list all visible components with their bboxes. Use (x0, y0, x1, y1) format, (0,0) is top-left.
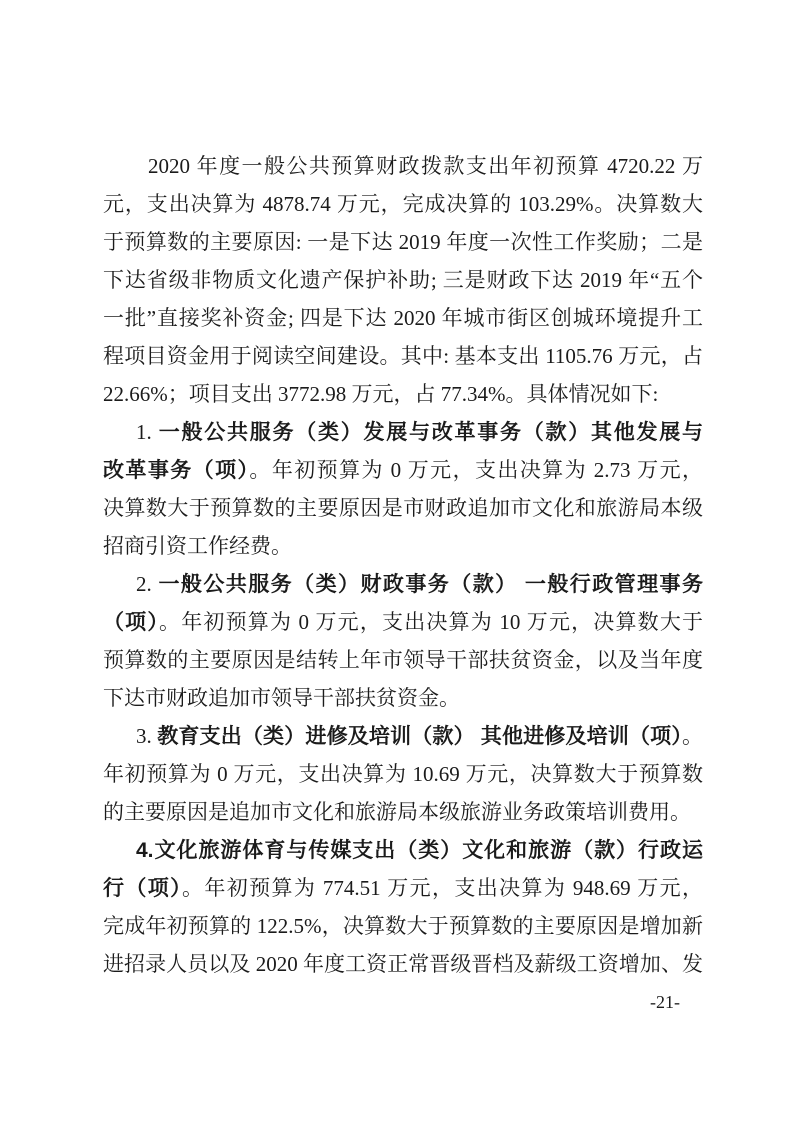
body-text-run: 。年初预算为 0 万元，支出决算为 2.73 万元， (249, 458, 703, 482)
body-text-run: 下达省级非物质文化遗产保护补助; 三是财政下达 2019 年“五个 (103, 268, 703, 292)
body-text-run: 2020 年度一般公共预算财政拨款支出年初预算 4720.22 万 (148, 154, 703, 178)
page-number: -21- (650, 991, 680, 1013)
body-text-run: 的主要原因是追加市文化和旅游局本级旅游业务政策培训费用。 (103, 800, 691, 824)
text-line: 下达市财政追加市领导干部扶贫资金。 (103, 679, 703, 717)
body-text-run: 22.66%；项目支出 3772.98 万元，占 77.34%。具体情况如下: (103, 382, 658, 406)
paragraph-intro: 2020 年度一般公共预算财政拨款支出年初预算 4720.22 万元，支出决算为… (103, 147, 703, 413)
text-line: 预算数的主要原因是结转上年市领导干部扶贫资金，以及当年度 (103, 641, 703, 679)
heading-text-run: 教育支出（类）进修及培训（款） 其他进修及培训（项） (157, 725, 682, 748)
text-line: 招商引资工作经费。 (103, 527, 703, 565)
text-line: 下达省级非物质文化遗产保护补助; 三是财政下达 2019 年“五个 (103, 261, 703, 299)
text-line: 一批”直接奖补资金; 四是下达 2020 年城市街区创城环境提升工 (103, 299, 703, 337)
paragraph-item-4: 4.文化旅游体育与传媒支出（类）文化和旅游（款）行政运行（项）。年初预算为 77… (103, 831, 703, 983)
text-line: 改革事务（项）。年初预算为 0 万元，支出决算为 2.73 万元， (103, 451, 703, 489)
body-text-run: 年初预算为 0 万元，支出决算为 10.69 万元，决算数大于预算数 (103, 762, 703, 786)
body-text-run: 1. (136, 420, 159, 444)
body-text-run: 进招录人员以及 2020 年度工资正常晋级晋档及薪级工资增加、发 (103, 952, 703, 976)
body-text-run: 决算数大于预算数的主要原因是市财政追加市文化和旅游局本级 (103, 496, 703, 520)
body-text-run: 下达市财政追加市领导干部扶贫资金。 (103, 686, 460, 710)
text-line: 2. 一般公共服务（类）财政事务（款） 一般行政管理事务 (103, 565, 703, 603)
body-text-run: 。年初预算为 774.51 万元，支出决算为 948.69 万元， (182, 876, 703, 900)
body-text-run: 2. (136, 572, 158, 596)
heading-text-run: （项） (103, 611, 159, 634)
text-line: 决算数大于预算数的主要原因是市财政追加市文化和旅游局本级 (103, 489, 703, 527)
body-text-run: 3. (136, 724, 157, 748)
paragraph-item-2: 2. 一般公共服务（类）财政事务（款） 一般行政管理事务（项）。年初预算为 0 … (103, 565, 703, 717)
body-text-run: 预算数的主要原因是结转上年市领导干部扶贫资金，以及当年度 (103, 648, 703, 672)
text-line: 的主要原因是追加市文化和旅游局本级旅游业务政策培训费用。 (103, 793, 703, 831)
body-text-run: 一批”直接奖补资金; 四是下达 2020 年城市街区创城环境提升工 (103, 306, 703, 330)
heading-text-run: 4.文化旅游体育与传媒支出（类）文化和旅游（款）行政运 (136, 839, 703, 862)
text-line: 于预算数的主要原因: 一是下达 2019 年度一次性工作奖励；二是 (103, 223, 703, 261)
heading-text-run: 改革事务（项） (103, 459, 249, 482)
text-line: 完成年初预算的 122.5%，决算数大于预算数的主要原因是增加新 (103, 907, 703, 945)
body-text-run: 完成年初预算的 122.5%，决算数大于预算数的主要原因是增加新 (103, 914, 703, 938)
text-line: 程项目资金用于阅读空间建设。其中: 基本支出 1105.76 万元，占 (103, 337, 703, 375)
text-line: 进招录人员以及 2020 年度工资正常晋级晋档及薪级工资增加、发 (103, 945, 703, 983)
heading-text-run: 一般公共服务（类）发展与改革事务（款）其他发展与 (159, 421, 703, 444)
body-text-run: 。 (682, 724, 703, 748)
body-text-run: 元，支出决算为 4878.74 万元，完成决算的 103.29%。决算数大 (103, 192, 703, 216)
text-line: 2020 年度一般公共预算财政拨款支出年初预算 4720.22 万 (103, 147, 703, 185)
paragraph-item-1: 1. 一般公共服务（类）发展与改革事务（款）其他发展与改革事务（项）。年初预算为… (103, 413, 703, 565)
body-text-run: 招商引资工作经费。 (103, 534, 292, 558)
document-body: 2020 年度一般公共预算财政拨款支出年初预算 4720.22 万元，支出决算为… (103, 147, 703, 983)
body-text-run: 。年初预算为 0 万元，支出决算为 10 万元，决算数大于 (159, 610, 703, 634)
text-line: 年初预算为 0 万元，支出决算为 10.69 万元，决算数大于预算数 (103, 755, 703, 793)
heading-text-run: 一般公共服务（类）财政事务（款） 一般行政管理事务 (158, 573, 703, 596)
body-text-run: 程项目资金用于阅读空间建设。其中: 基本支出 1105.76 万元，占 (103, 344, 703, 368)
body-text-run: 于预算数的主要原因: 一是下达 2019 年度一次性工作奖励；二是 (103, 230, 703, 254)
text-line: 3. 教育支出（类）进修及培训（款） 其他进修及培训（项）。 (103, 717, 703, 755)
heading-text-run: 行（项） (103, 877, 182, 900)
text-line: 元，支出决算为 4878.74 万元，完成决算的 103.29%。决算数大 (103, 185, 703, 223)
document-page: 2020 年度一般公共预算财政拨款支出年初预算 4720.22 万元，支出决算为… (0, 0, 793, 1122)
text-line: 4.文化旅游体育与传媒支出（类）文化和旅游（款）行政运 (103, 831, 703, 869)
paragraph-item-3: 3. 教育支出（类）进修及培训（款） 其他进修及培训（项）。年初预算为 0 万元… (103, 717, 703, 831)
text-line: 1. 一般公共服务（类）发展与改革事务（款）其他发展与 (103, 413, 703, 451)
text-line: 行（项）。年初预算为 774.51 万元，支出决算为 948.69 万元， (103, 869, 703, 907)
text-line: （项）。年初预算为 0 万元，支出决算为 10 万元，决算数大于 (103, 603, 703, 641)
text-line: 22.66%；项目支出 3772.98 万元，占 77.34%。具体情况如下: (103, 375, 703, 413)
